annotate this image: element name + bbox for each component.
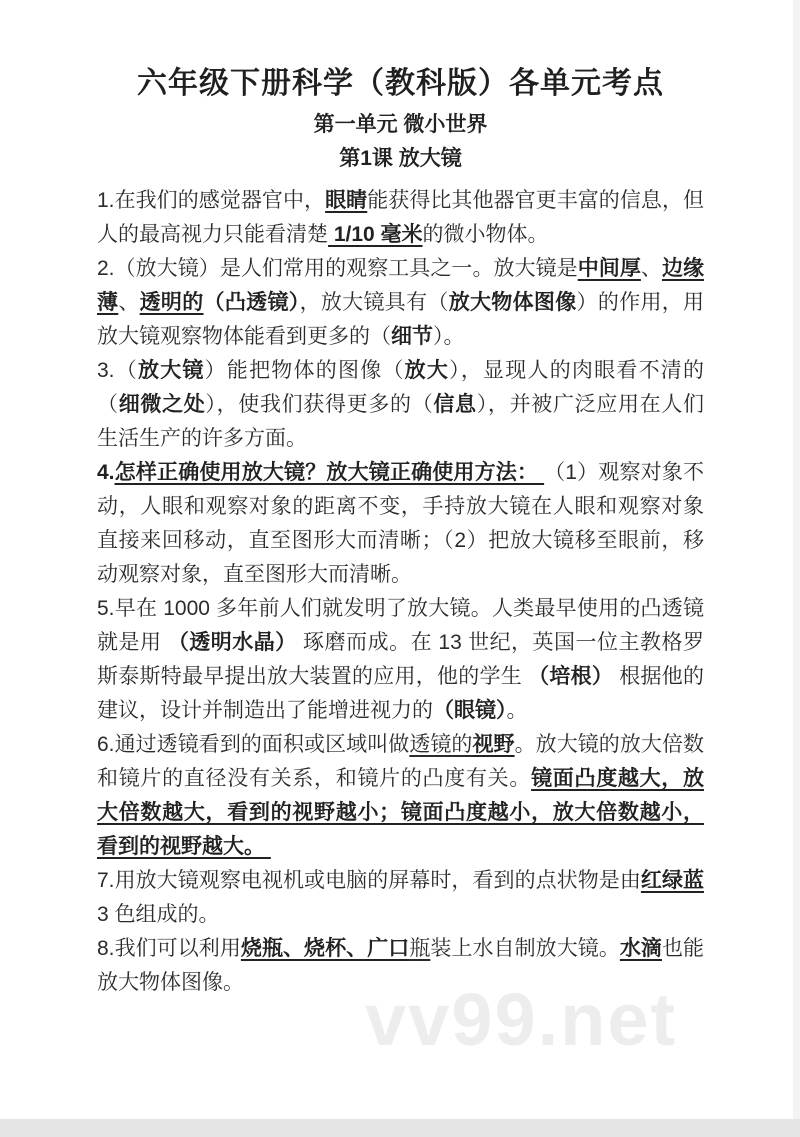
text-run: 2.（放大镜）是人们常用的观察工具之一。放大镜是 [97,257,578,280]
text-run: （透明水晶） [168,631,297,654]
text-run: 透镜的 [409,733,472,756]
text-run: 细微之处 [119,393,206,416]
document-page: 六年级下册科学（教科版）各单元考点 第一单元 微小世界 第1课 放大镜 1.在我… [0,0,800,1137]
unit-heading: 第一单元 微小世界 [97,112,704,138]
paragraph-6: 6.通过透镜看到的面积或区域叫做透镜的视野。放大镜的放大倍数和镜片的直径没有关系… [97,728,704,864]
text-run: 水滴 [620,937,662,960]
watermark: vv99.net [365,983,677,1057]
text-run: 怎样正确使用放大镜？放大镜正确使用方法： [115,461,545,484]
text-run: 。 [507,699,528,722]
body: 1.在我们的感觉器官中，眼睛能获得比其他器官更丰富的信息，但人的最高视力只能看清… [97,184,704,1000]
text-run: 1/10 毫米 [328,223,423,246]
paragraph-4: 4.怎样正确使用放大镜？放大镜正确使用方法： （1）观察对象不动，人眼和观察对象… [97,456,704,592]
text-run: 烧瓶、烧杯、广口 [241,937,409,960]
page-bottom-bar [0,1119,800,1137]
document-title: 六年级下册科学（教科版）各单元考点 [97,66,704,102]
paragraph-7: 7.用放大镜观察电视机或电脑的屏幕时，看到的点状物是由红绿蓝3 色组成的。 [97,864,704,932]
text-run: 红绿蓝 [641,869,704,892]
text-run: 1.在我们的感觉器官中， [97,189,325,212]
text-run: 透明的 [140,291,204,314]
text-run: ），使我们获得更多的（ [205,393,433,416]
text-run: 4. [97,461,115,484]
text-run: 6.通过透镜看到的面积或区域叫做 [97,733,409,756]
text-run: 细节 [391,325,433,348]
text-run: 、 [118,291,139,314]
text-run: （眼镜） [433,699,507,722]
text-run: 装上水自制放大镜。 [430,937,619,960]
text-run: 3.（ [97,359,138,382]
text-run: 瓶 [409,937,430,960]
text-run: 放大 [405,359,449,382]
text-run: 放大物体图像 [449,291,577,314]
paragraph-3: 3.（放大镜）能把物体的图像（放大），显现人的肉眼看不清的（细微之处），使我们获… [97,354,704,456]
paragraph-1: 1.在我们的感觉器官中，眼睛能获得比其他器官更丰富的信息，但人的最高视力只能看清… [97,184,704,252]
text-run: 8.我们可以利用 [97,937,241,960]
text-run: 信息 [433,393,476,416]
text-run: （培根） [528,665,613,688]
text-run: 眼睛 [325,189,367,212]
text-run: ）能把物体的图像（ [205,359,405,382]
page-right-edge-shadow [793,0,800,1137]
page-content: 六年级下册科学（教科版）各单元考点 第一单元 微小世界 第1课 放大镜 1.在我… [97,0,704,1000]
lesson-heading: 第1课 放大镜 [97,146,704,172]
text-run: 视野 [472,733,514,756]
text-run: （凸透镜） [204,291,300,314]
text-run: 放大镜 [138,359,205,382]
paragraph-5: 5.早在 1000 多年前人们就发明了放大镜。人类最早使用的凸透镜就是用 （透明… [97,592,704,728]
text-run: ）。 [433,325,465,348]
text-run: 3 色组成的。 [97,903,220,926]
text-run: 、 [641,257,662,280]
text-run: 中间厚 [578,257,641,280]
text-run: ，放大镜具有（ [300,291,449,314]
paragraph-2: 2.（放大镜）是人们常用的观察工具之一。放大镜是中间厚、边缘薄、透明的（凸透镜）… [97,252,704,354]
text-run: 的微小物体。 [423,223,549,246]
text-run: 7.用放大镜观察电视机或电脑的屏幕时，看到的点状物是由 [97,869,641,892]
